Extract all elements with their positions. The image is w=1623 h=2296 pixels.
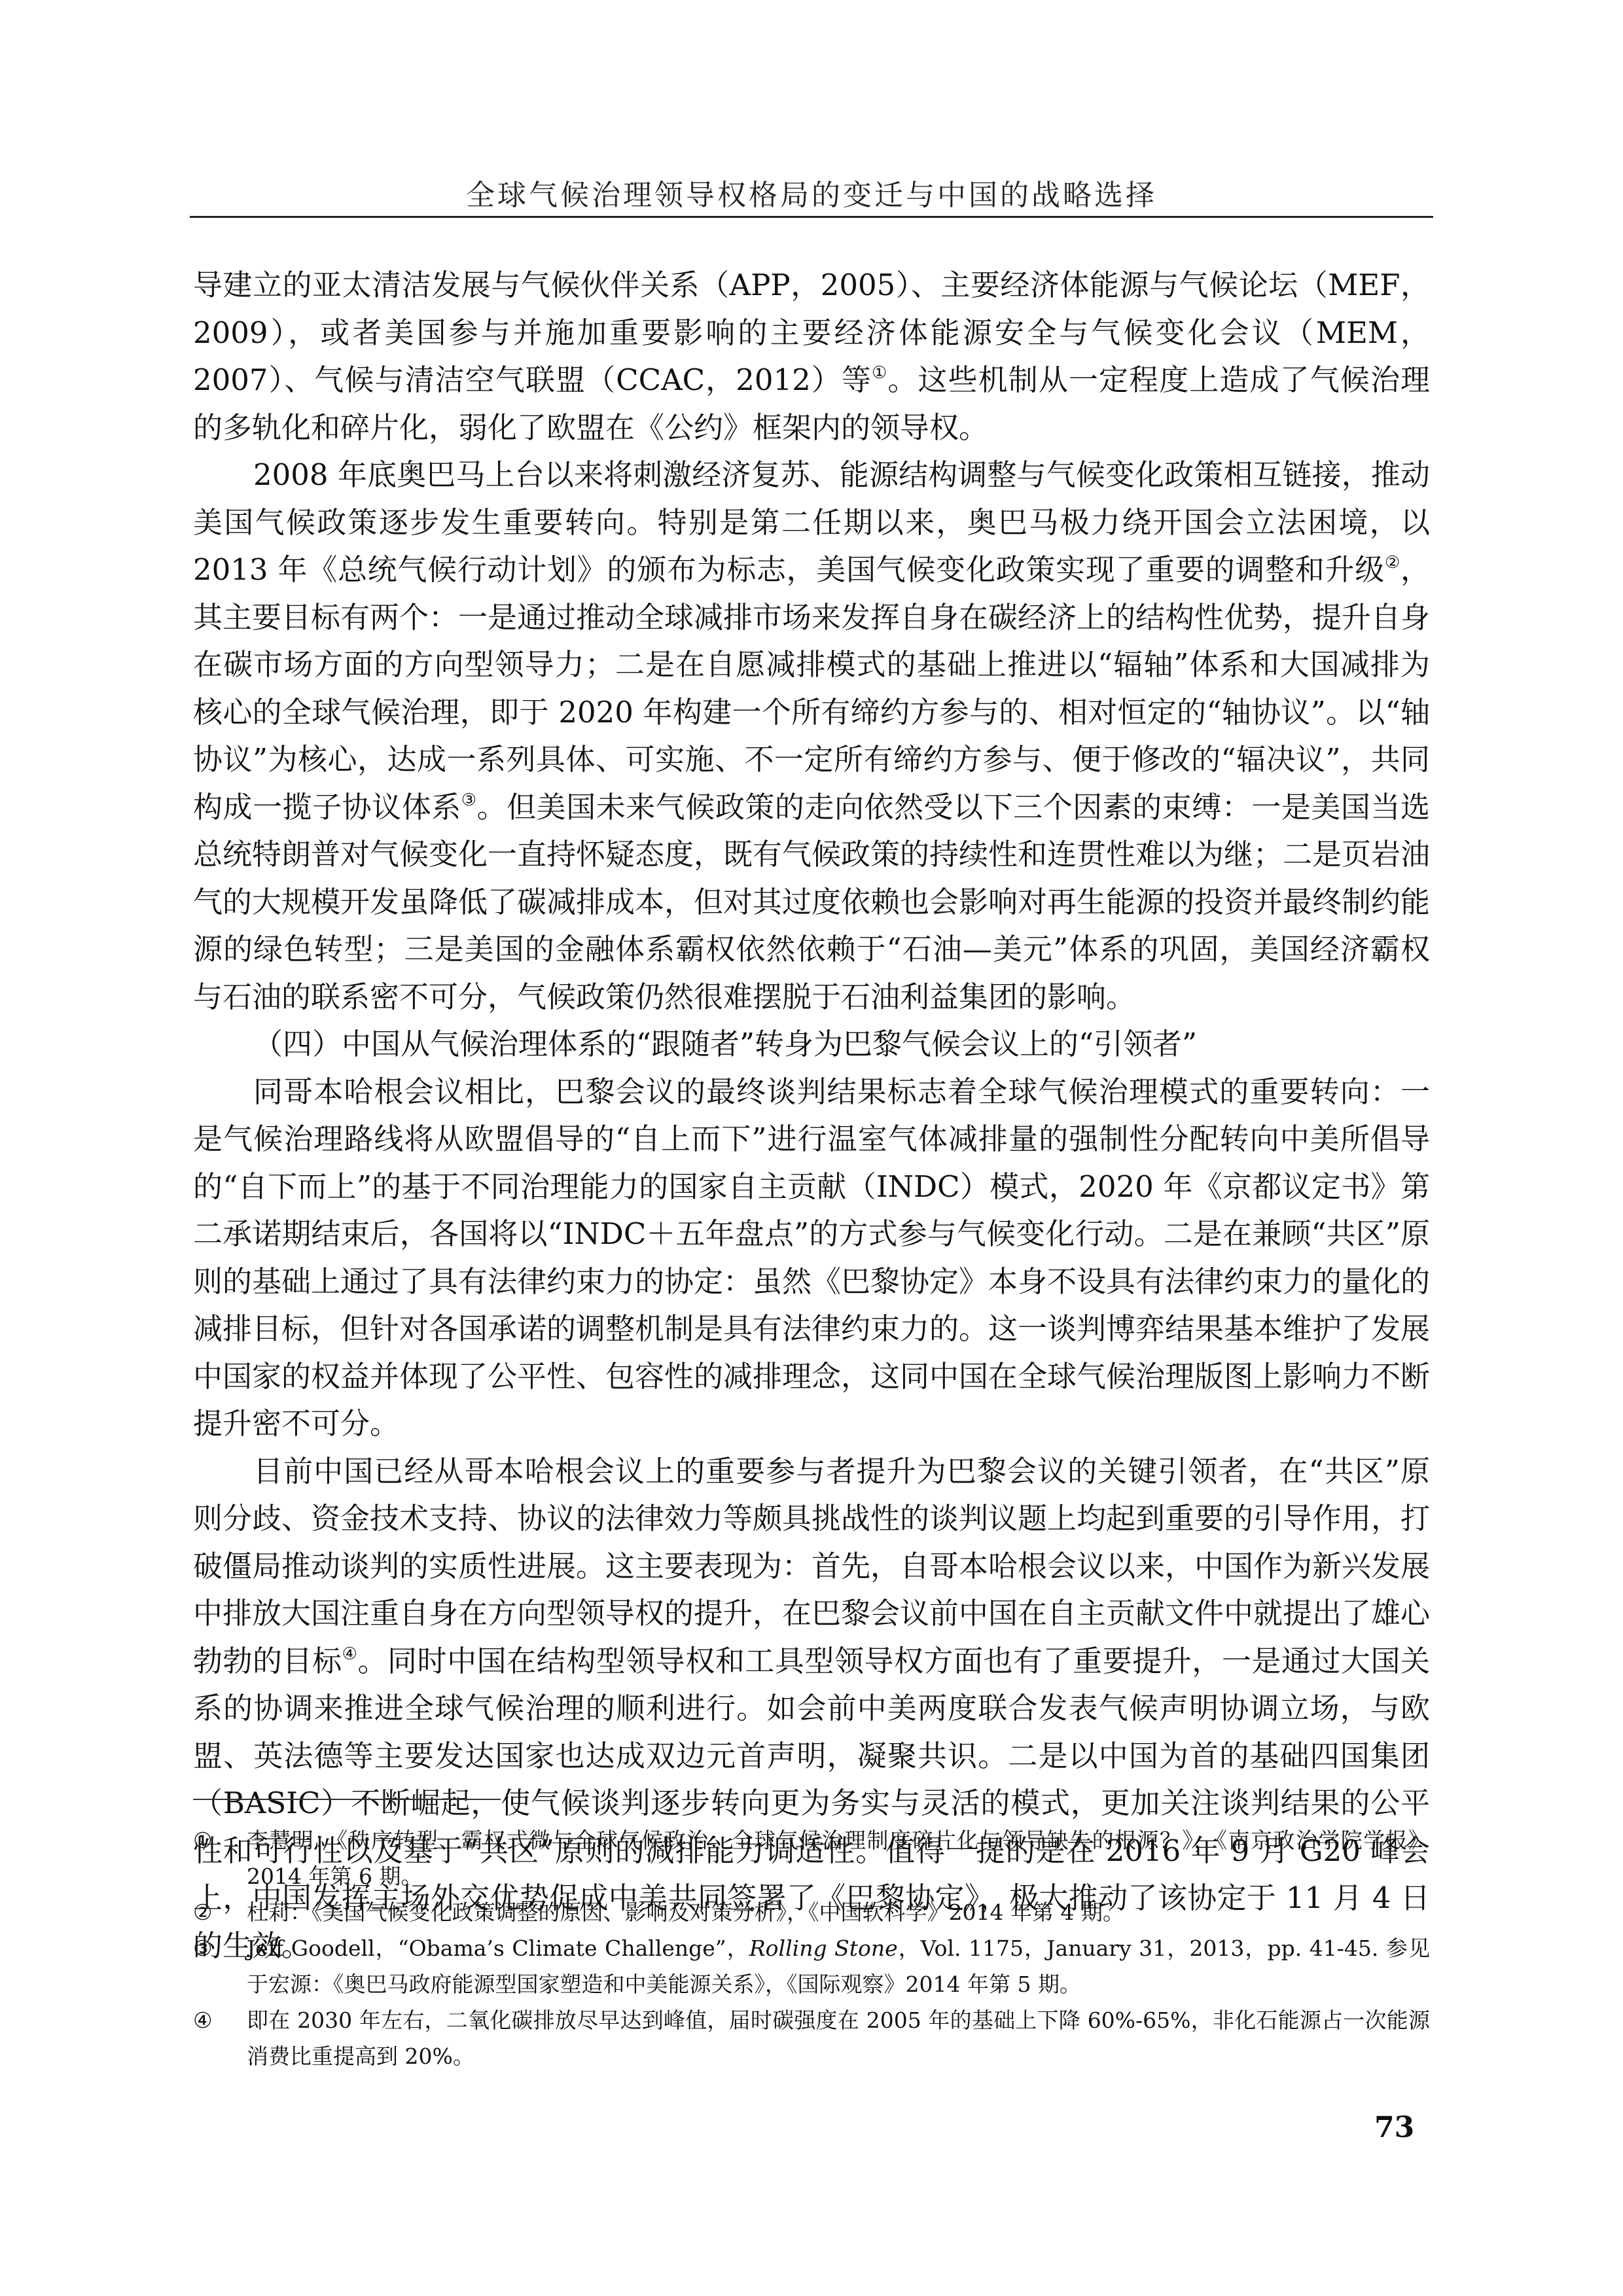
- footnote-3: ③ Jeff Goodell，“Obama’s Climate Challeng…: [193, 1930, 1430, 2002]
- footnote-marker: ①: [193, 1822, 213, 1858]
- header-rule: [190, 216, 1433, 218]
- body-text: 导建立的亚太清洁发展与气候伙伴关系（APP，2005）、主要经济体能源与气候论坛…: [193, 262, 1430, 1969]
- paragraph-3: 同哥本哈根会议相比，巴黎会议的最终谈判结果标志着全球气候治理模式的重要转向：一是…: [193, 1069, 1430, 1448]
- footnotes: ① 李慧明：《秩序转型、霸权式微与全球气候政治：全球气候治理制度碎片化与领导缺失…: [193, 1822, 1430, 2074]
- running-title: 全球气候治理领导权格局的变迁与中国的战略选择: [190, 171, 1433, 213]
- footnote-marker: ③: [193, 1930, 213, 1966]
- footnote-marker: ②: [193, 1894, 213, 1930]
- footnote-ref-1[interactable]: ①: [872, 363, 887, 383]
- footnote-separator: [193, 1799, 501, 1800]
- page-number: 73: [1374, 2111, 1414, 2144]
- footnote-2: ② 杜莉：《美国气候变化政策调整的原因、影响及对策分析》，《中国软科学》2014…: [193, 1894, 1430, 1930]
- footnote-ref-3[interactable]: ③: [461, 790, 477, 810]
- footnote-1: ① 李慧明：《秩序转型、霸权式微与全球气候政治：全球气候治理制度碎片化与领导缺失…: [193, 1822, 1430, 1894]
- paragraph-1: 导建立的亚太清洁发展与气候伙伴关系（APP，2005）、主要经济体能源与气候论坛…: [193, 262, 1430, 451]
- footnote-ref-2[interactable]: ②: [1385, 553, 1400, 573]
- footnote-ref-4[interactable]: ④: [342, 1644, 358, 1664]
- footnote-4: ④ 即在 2030 年左右，二氧化碳排放尽早达到峰值，届时碳强度在 2005 年…: [193, 2002, 1430, 2074]
- journal-title: Rolling Stone: [749, 1935, 898, 1961]
- section-heading: （四）中国从气候治理体系的“跟随者”转身为巴黎气候会议上的“引领者”: [193, 1021, 1430, 1069]
- paragraph-2: 2008 年底奥巴马上台以来将刺激经济复苏、能源结构调整与气候变化政策相互链接，…: [193, 451, 1430, 1021]
- footnote-marker: ④: [193, 2002, 213, 2038]
